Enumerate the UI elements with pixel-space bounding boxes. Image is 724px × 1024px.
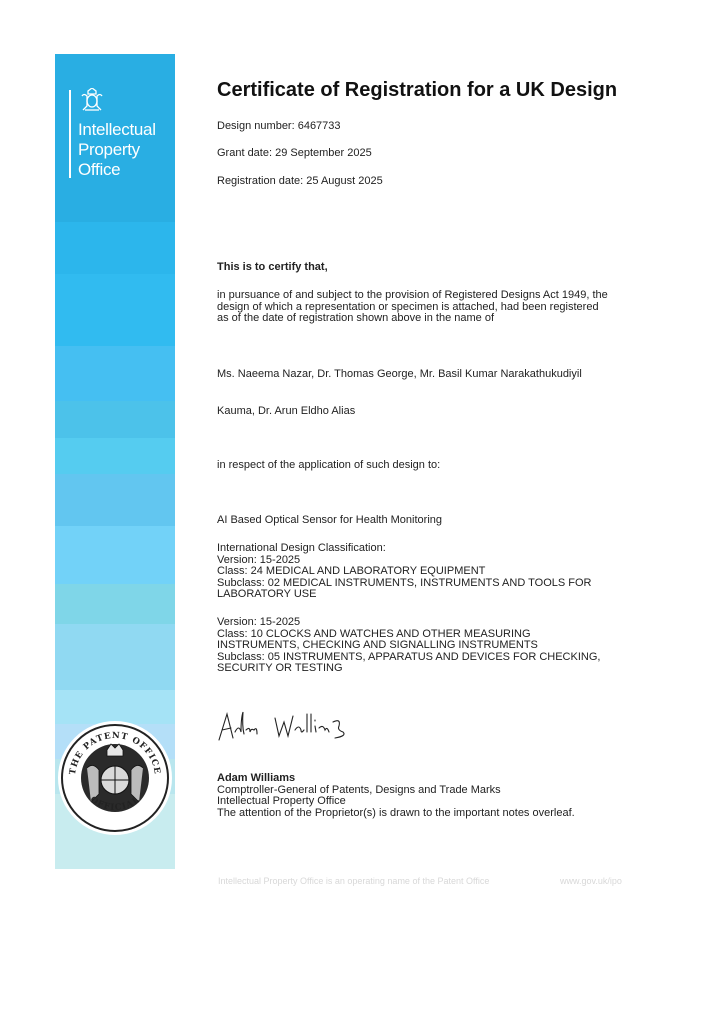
sidebar-color-band: [55, 474, 175, 526]
footer-url[interactable]: www.gov.uk/ipo: [560, 876, 622, 886]
design-title: AI Based Optical Sensor for Health Monit…: [217, 514, 442, 526]
registration-date: Registration date: 25 August 2025: [217, 175, 383, 187]
sidebar-color-band: [55, 624, 175, 690]
sidebar-color-band: [55, 274, 175, 346]
sidebar-color-band: [55, 401, 175, 438]
signatory-name: Adam Williams: [217, 773, 657, 785]
certify-body-line: in pursuance of and subject to the provi…: [217, 290, 657, 302]
respect-text: in respect of the application of such de…: [217, 459, 440, 471]
classification-line: Class: 24 MEDICAL AND LABORATORY EQUIPME…: [217, 566, 657, 578]
royal-crest-icon: [79, 88, 105, 112]
ipo-sidebar: Intellectual Property Office THE PATENT …: [55, 54, 175, 869]
proprietors-line-1: Ms. Naeema Nazar, Dr. Thomas George, Mr.…: [217, 368, 582, 380]
logo-line-office: Office: [78, 160, 156, 180]
ipo-logo: Intellectual Property Office: [69, 86, 169, 186]
certify-body: in pursuance of and subject to the provi…: [217, 290, 657, 325]
sidebar-color-band: [55, 584, 175, 624]
signatory-office: Intellectual Property Office: [217, 796, 657, 808]
logo-divider: [69, 90, 71, 178]
classification-line: INSTRUMENTS, CHECKING AND SIGNALLING INS…: [217, 640, 657, 652]
classification-line: LABORATORY USE: [217, 589, 657, 601]
certify-body-line: as of the date of registration shown abo…: [217, 313, 657, 325]
proprietors-line-2: Kauma, Dr. Arun Eldho Alias: [217, 405, 355, 417]
classification-block-2: Version: 15-2025 Class: 10 CLOCKS AND WA…: [217, 617, 657, 675]
logo-line-property: Property: [78, 140, 156, 160]
certificate-title: Certificate of Registration for a UK Des…: [217, 79, 617, 102]
sidebar-color-band: [55, 222, 175, 274]
footer-note: Intellectual Property Office is an opera…: [218, 876, 489, 886]
patent-office-seal-icon: THE PATENT OFFICE OFFICIAL: [57, 718, 173, 836]
handwritten-signature-icon: [217, 708, 367, 744]
sidebar-color-band: [55, 526, 175, 584]
classification-block-1: International Design Classification: Ver…: [217, 543, 657, 601]
proprietor-notice: The attention of the Proprietor(s) is dr…: [217, 808, 657, 820]
sidebar-color-band: [55, 346, 175, 401]
classification-line: SECURITY OR TESTING: [217, 663, 657, 675]
classification-line: International Design Classification:: [217, 543, 657, 555]
sidebar-color-band: [55, 438, 175, 474]
grant-date: Grant date: 29 September 2025: [217, 147, 372, 159]
signatory-block: Adam Williams Comptroller-General of Pat…: [217, 773, 657, 819]
logo-text: Intellectual Property Office: [78, 120, 156, 180]
logo-line-intellectual: Intellectual: [78, 120, 156, 140]
design-number: Design number: 6467733: [217, 120, 341, 132]
certify-heading: This is to certify that,: [217, 261, 328, 273]
classification-line: Version: 15-2025: [217, 617, 657, 629]
